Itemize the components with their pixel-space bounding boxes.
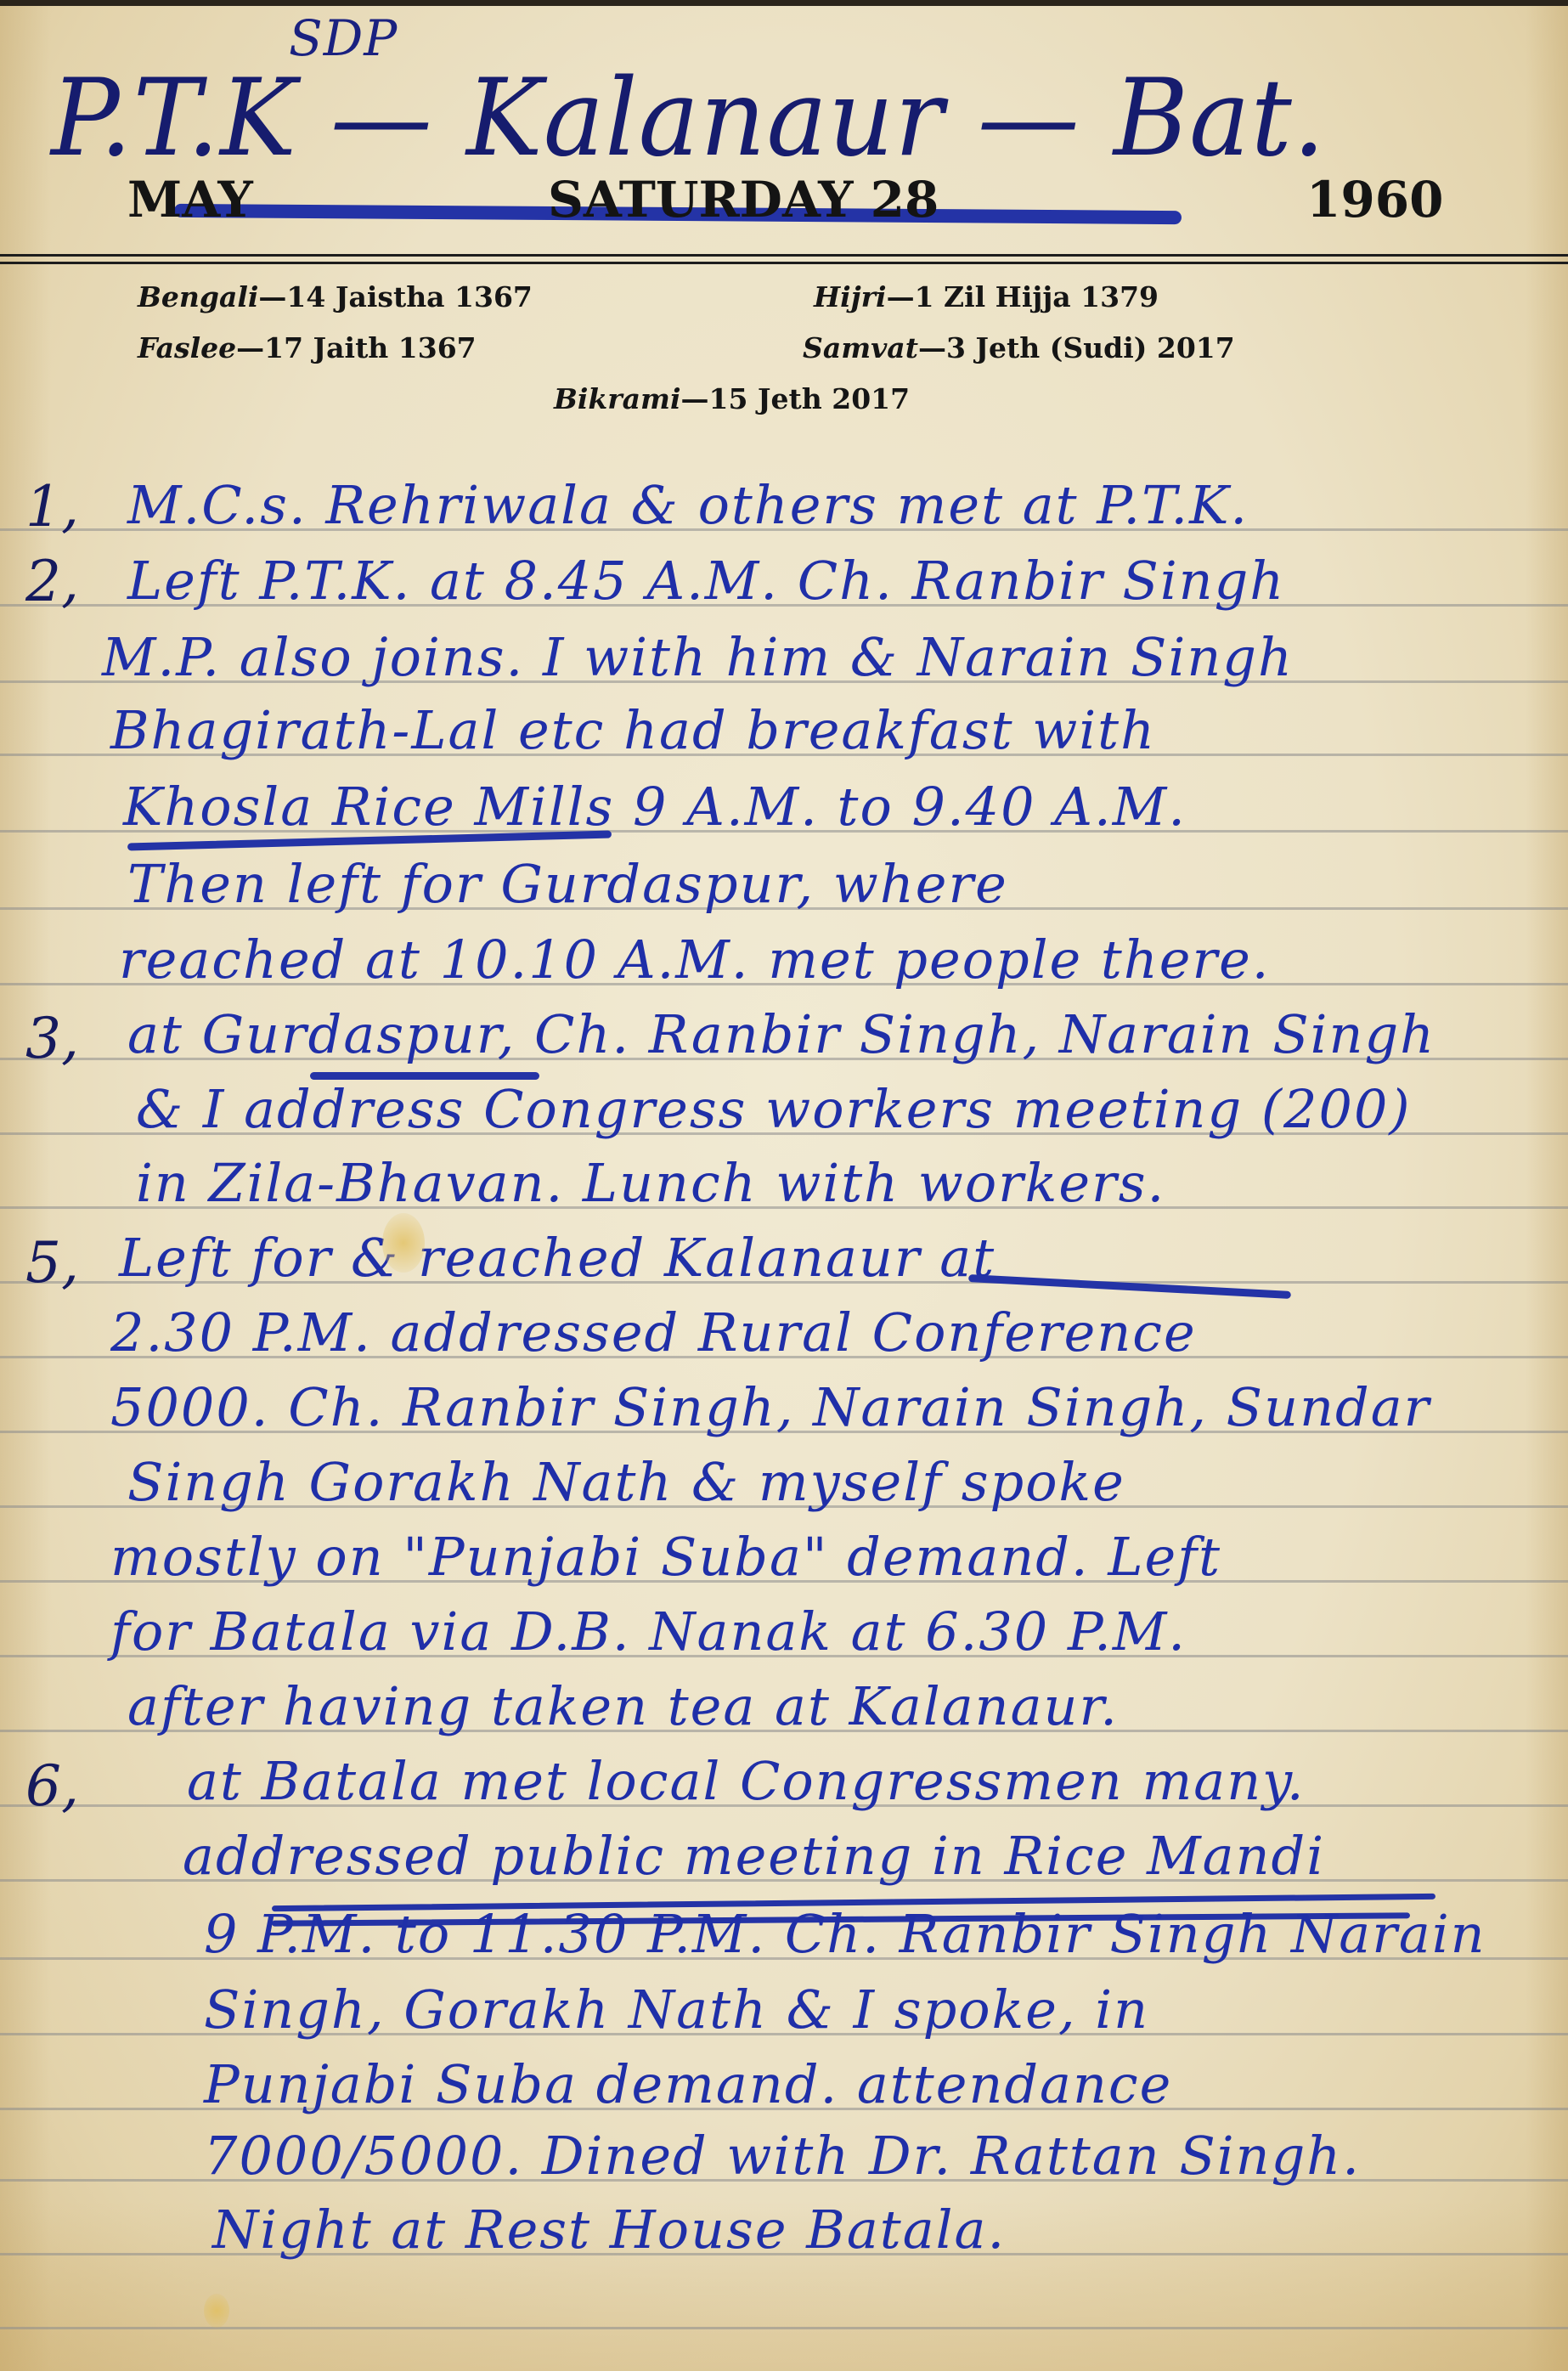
calendar-value: —1 Zil Hijja 1379 — [887, 280, 1159, 313]
entry-number: 6, — [25, 1757, 79, 1816]
paper-stain — [204, 2294, 229, 2328]
entry-line: Left P.T.K. at 8.45 A.M. Ch. Ranbir Sing… — [127, 551, 1285, 611]
entry-line: after having taken tea at Kalanaur. — [127, 1677, 1119, 1736]
ink-underline — [968, 1274, 1291, 1299]
header-rule-bottom — [0, 262, 1568, 264]
entry-number: 5, — [25, 1233, 79, 1293]
entry-line: 5000. Ch. Ranbir Singh, Narain Singh, Su… — [110, 1378, 1430, 1437]
entry-line: Khosla Rice Mills 9 A.M. to 9.40 A.M. — [123, 777, 1187, 837]
page-edge-shading-left — [0, 0, 51, 2371]
entry-line: Then left for Gurdaspur, where — [127, 855, 1008, 914]
entry-line: & I address Congress workers meeting (20… — [136, 1080, 1412, 1139]
entry-line: addressed public meeting in Rice Mandi — [183, 1826, 1325, 1886]
printed-month: MAY — [127, 170, 253, 229]
calendar-name: Hijri — [814, 280, 887, 313]
entry-number: 3, — [25, 1009, 79, 1069]
diary-page: SDP P.T.K — Kalanaur — Bat. MAY SATURDAY… — [0, 0, 1568, 2371]
calendar-name: Samvat — [803, 331, 918, 364]
entry-line: 2.30 P.M. addressed Rural Conference — [110, 1303, 1197, 1363]
paper-stain — [382, 1213, 425, 1273]
entry-line: Night at Rest House Batala. — [212, 2200, 1006, 2260]
printed-year: 1960 — [1306, 170, 1443, 229]
calendar-faslee: Faslee—17 Jaith 1367 — [138, 331, 477, 365]
entry-line: mostly on "Punjabi Suba" demand. Left — [110, 1527, 1221, 1587]
page-edge-shading-right — [1526, 0, 1568, 2371]
entry-number: 2, — [25, 552, 79, 612]
ruled-line — [0, 2327, 1568, 2329]
entry-line: 9 P.M. to 11.30 P.M. Ch. Ranbir Singh Na… — [204, 1905, 1486, 1964]
calendar-value: —14 Jaistha 1367 — [258, 280, 532, 313]
entry-line: Left for & reached Kalanaur at — [119, 1228, 996, 1288]
entry-line: 7000/5000. Dined with Dr. Rattan Singh. — [204, 2126, 1361, 2186]
entry-line: Punjabi Suba demand. attendance — [204, 2055, 1172, 2114]
entry-line: Singh Gorakh Nath & myself spoke — [127, 1453, 1125, 1512]
calendar-name: Bikrami — [554, 382, 681, 415]
entry-line: Singh, Gorakh Nath & I spoke, in — [204, 1980, 1149, 2040]
calendar-value: —17 Jaith 1367 — [236, 331, 477, 364]
entry-line: M.C.s. Rehriwala & others met at P.T.K. — [127, 476, 1249, 535]
calendar-bikrami: Bikrami—15 Jeth 2017 — [554, 382, 910, 416]
calendar-name: Bengali — [138, 280, 258, 313]
calendar-value: —3 Jeth (Sudi) 2017 — [918, 331, 1235, 364]
entry-line: at Gurdaspur, Ch. Ranbir Singh, Narain S… — [127, 1005, 1435, 1064]
calendar-hijri: Hijri—1 Zil Hijja 1379 — [814, 280, 1159, 314]
entry-line: reached at 10.10 A.M. met people there. — [119, 930, 1271, 990]
entry-line: M.P. also joins. I with him & Narain Sin… — [102, 628, 1294, 687]
entry-line: at Batala met local Congressmen many. — [187, 1752, 1306, 1811]
entry-line: Bhagirath-Lal etc had breakfast with — [110, 701, 1156, 760]
handwritten-title: P.T.K — Kalanaur — Bat. — [51, 57, 1326, 182]
calendar-value: —15 Jeth 2017 — [681, 382, 911, 415]
entry-line: for Batala via D.B. Nanak at 6.30 P.M. — [110, 1602, 1187, 1662]
calendar-samvat: Samvat—3 Jeth (Sudi) 2017 — [803, 331, 1235, 365]
calendar-bengali: Bengali—14 Jaistha 1367 — [138, 280, 533, 314]
entry-number: 1, — [25, 477, 79, 537]
page-top-edge — [0, 0, 1568, 6]
printed-day: SATURDAY 28 — [548, 170, 939, 229]
entry-line: in Zila-Bhavan. Lunch with workers. — [136, 1154, 1165, 1213]
header-rule-top — [0, 254, 1568, 257]
calendar-name: Faslee — [138, 331, 236, 364]
